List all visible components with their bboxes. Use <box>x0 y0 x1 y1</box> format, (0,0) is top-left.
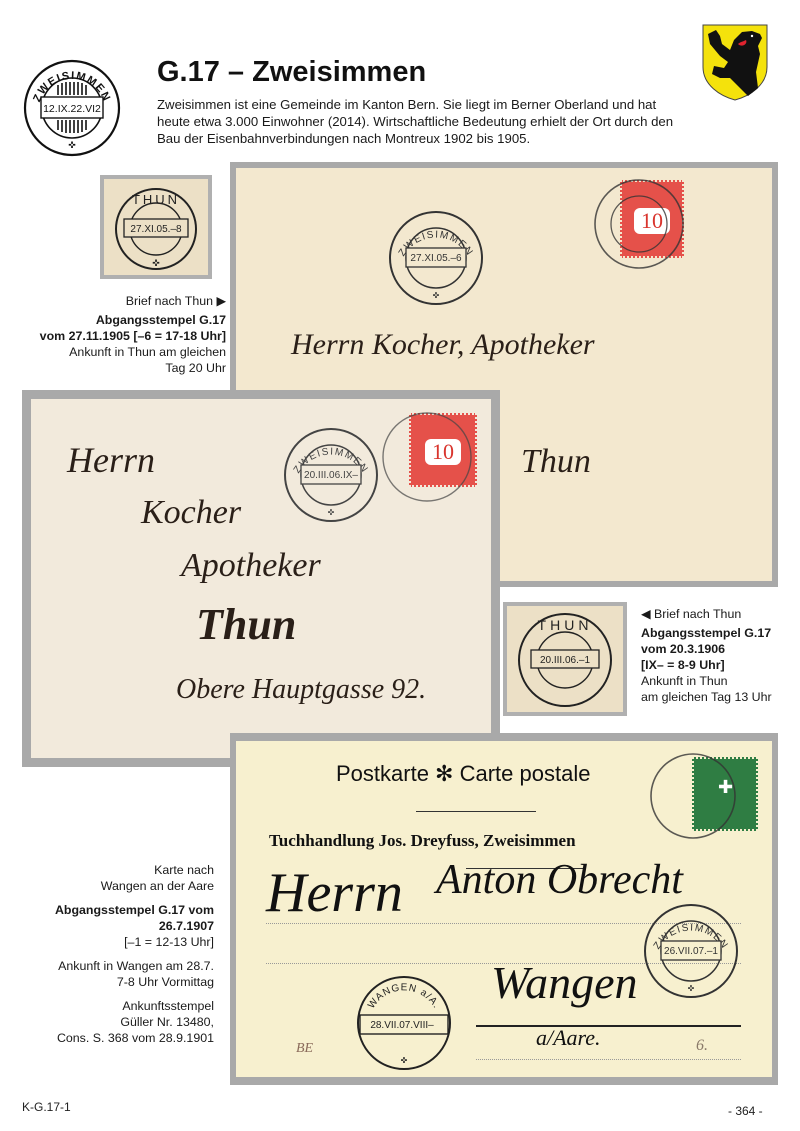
postcard-heading: Postkarte ✻ Carte postale <box>336 761 590 787</box>
caption-item-2: ◀ Brief nach Thun Abgangsstempel G.17 vo… <box>641 606 791 705</box>
svg-text:✜: ✜ <box>688 984 695 993</box>
svg-text:THUN: THUN <box>538 617 593 633</box>
caption-item-1: Brief nach Thun ▶ Abgangsstempel G.17 vo… <box>20 293 226 376</box>
svg-text:✜: ✜ <box>433 291 440 300</box>
handwritten-address-line: Apotheker <box>181 547 321 585</box>
cover-image-1906: ZWEISIMMEN 20.III.06.IX– ✜ 10 Herrn Koch… <box>22 390 500 767</box>
postcard-image-1907: Postkarte ✻ Carte postale Tuchhandlung J… <box>230 733 778 1085</box>
svg-text:28.VII.07.VIII–: 28.VII.07.VIII– <box>370 1020 434 1031</box>
svg-text:✜: ✜ <box>152 258 160 268</box>
pencil-note: BE <box>296 1041 313 1057</box>
zweisimmen-postmark-on-stamp <box>648 751 738 841</box>
zweisimmen-postmark-icon: ZWEISIMMEN 12.IX.22.VI2 ✜ <box>22 58 122 158</box>
page-reference: K-G.17-1 <box>22 1100 71 1114</box>
svg-text:✜: ✜ <box>328 508 335 517</box>
handwritten-address-line: Kocher <box>141 494 241 532</box>
pencil-note: 6. <box>696 1037 708 1055</box>
handwritten-address-line: Obere Hauptgasse 92. <box>176 674 426 706</box>
zweisimmen-postmark-1905: ZWEISIMMEN 27.XI.05.–6 ✜ <box>386 208 486 308</box>
svg-text:20.III.06.–1: 20.III.06.–1 <box>540 655 590 666</box>
handwritten-address-line: Herrn <box>67 439 155 481</box>
page-number: - 364 - <box>728 1104 763 1118</box>
zweisimmen-postmark-on-stamp <box>591 176 687 272</box>
detail-stamp-thun-1906: THUN 20.III.06.–1 <box>503 602 627 716</box>
postcard-sender: Tuchhandlung Jos. Dreyfuss, Zweisimmen <box>269 831 576 851</box>
svg-text:✜: ✜ <box>68 140 76 150</box>
handwritten-address-line: a/Aare. <box>536 1025 601 1051</box>
wangen-arrival-postmark: WANGEN a/A. 28.VII.07.VIII– ✜ <box>354 973 454 1073</box>
svg-text:20.III.06.IX–: 20.III.06.IX– <box>304 470 358 481</box>
svg-text:26.VII.07.–1: 26.VII.07.–1 <box>664 946 718 957</box>
svg-text:27.XI.05.–6: 27.XI.05.–6 <box>410 253 462 264</box>
intro-text: Zweisimmen ist eine Gemeinde im Kanton B… <box>157 96 677 147</box>
page-title: G.17 – Zweisimmen <box>157 56 426 89</box>
svg-text:27.XI.05.–8: 27.XI.05.–8 <box>130 224 182 235</box>
handwritten-address-line: Thun <box>521 443 591 481</box>
handwritten-address-line: Wangen <box>491 956 638 1009</box>
zweisimmen-postmark-1906: ZWEISIMMEN 20.III.06.IX– ✜ <box>281 425 381 525</box>
caption-item-3: Karte nach Wangen an der Aare Abgangsste… <box>20 862 214 1046</box>
handwritten-address-line: Herrn <box>266 861 403 925</box>
svg-text:✜: ✜ <box>401 1056 408 1065</box>
handwritten-address-line: Thun <box>196 599 296 650</box>
handwritten-address-line: Anton Obrecht <box>436 856 683 904</box>
zweisimmen-postmark-1907: ZWEISIMMEN 26.VII.07.–1 ✜ <box>641 901 741 1001</box>
svg-text:12.IX.22.VI2: 12.IX.22.VI2 <box>43 103 101 115</box>
handwritten-address-line: Herrn Kocher, Apotheker <box>291 328 595 362</box>
zweisimmen-postmark-on-stamp <box>379 409 475 505</box>
bear-coat-of-arms-icon <box>700 22 770 102</box>
detail-stamp-thun-1905: THUN 27.XI.05.–8 ✜ <box>100 175 212 279</box>
svg-text:THUN: THUN <box>132 192 180 207</box>
